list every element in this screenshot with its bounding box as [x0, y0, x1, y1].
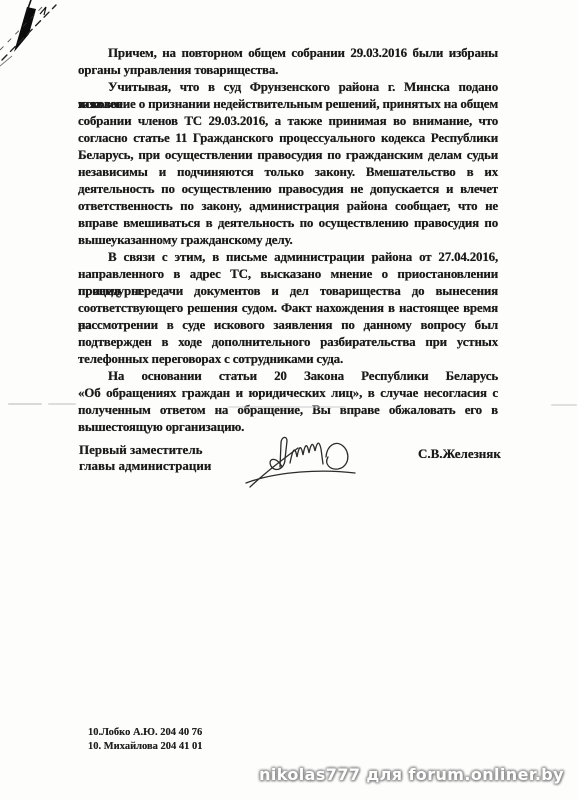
text-line: рассмотрении в суде искового заявления п… [78, 316, 498, 333]
signer-title-line1: Первый заместитель [79, 442, 211, 458]
text-line: соответствующего решения судом. Факт нах… [78, 299, 498, 316]
text-line: вышеуказанному гражданскому делу. [78, 231, 498, 248]
corner-ink-mark-icon [0, 0, 70, 70]
handwritten-signature [238, 426, 368, 488]
text-line: согласно статье 11 Гражданского процессу… [78, 129, 498, 146]
watermark-text: nikolas777 для forum.onliner.by [259, 765, 564, 784]
text-line: собрании членов ТС 29.03.2016, а также п… [78, 112, 498, 129]
text-line: Учитывая, что в суд Фрунзенского района … [78, 78, 498, 95]
text-line: направленного в адрес ТС, высказано мнен… [78, 265, 498, 282]
text-line: приема передачи документов и дел товарищ… [78, 282, 498, 299]
text-line: В связи с этим, в письме администрации р… [78, 248, 498, 265]
text-line: На основании статьи 20 Закона Республики… [78, 367, 498, 384]
scan-artifact [551, 404, 577, 406]
text-line: вправе вмешиваться в деятельность по осу… [78, 214, 498, 231]
scanned-letter-page: Причем, на повторном общем собрании 29.0… [0, 0, 578, 800]
text-line: ответственность по закону, администрация… [78, 197, 498, 214]
text-line: телефонных переговорах с сотрудниками су… [78, 350, 498, 367]
text-line: заявление о признании недействительным р… [78, 95, 498, 112]
text-line: деятельность по осуществлению правосудия… [78, 180, 498, 197]
executor-line: 10.Лобко А.Ю. 204 40 76 [88, 726, 203, 740]
scan-artifact [48, 403, 76, 405]
text-line: «Об обращениях граждан и юридических лиц… [78, 384, 498, 401]
text-line: независимы и подчиняются только закону. … [78, 163, 498, 180]
signer-title-line2: главы администрации [79, 458, 211, 474]
signer-title: Первый заместитель главы администрации [79, 442, 211, 474]
text-line: подтвержден в ходе дополнительного разби… [78, 333, 498, 350]
executor-line: 10. Михайлова 204 41 01 [88, 740, 203, 754]
signer-name: С.В.Железняк [418, 446, 501, 462]
executor-footer: 10.Лобко А.Ю. 204 40 76 10. Михайлова 20… [88, 726, 203, 753]
letter-body: Причем, на повторном общем собрании 29.0… [78, 44, 498, 435]
text-line: полученным ответом на обращение, Вы впра… [78, 401, 498, 418]
text-line: Беларусь, при осуществлении правосудия п… [78, 146, 498, 163]
scan-artifact [228, 406, 346, 408]
text-line: Причем, на повторном общем собрании 29.0… [78, 44, 498, 61]
text-line: органы управления товарищества. [78, 61, 498, 78]
scan-artifact [8, 403, 42, 405]
